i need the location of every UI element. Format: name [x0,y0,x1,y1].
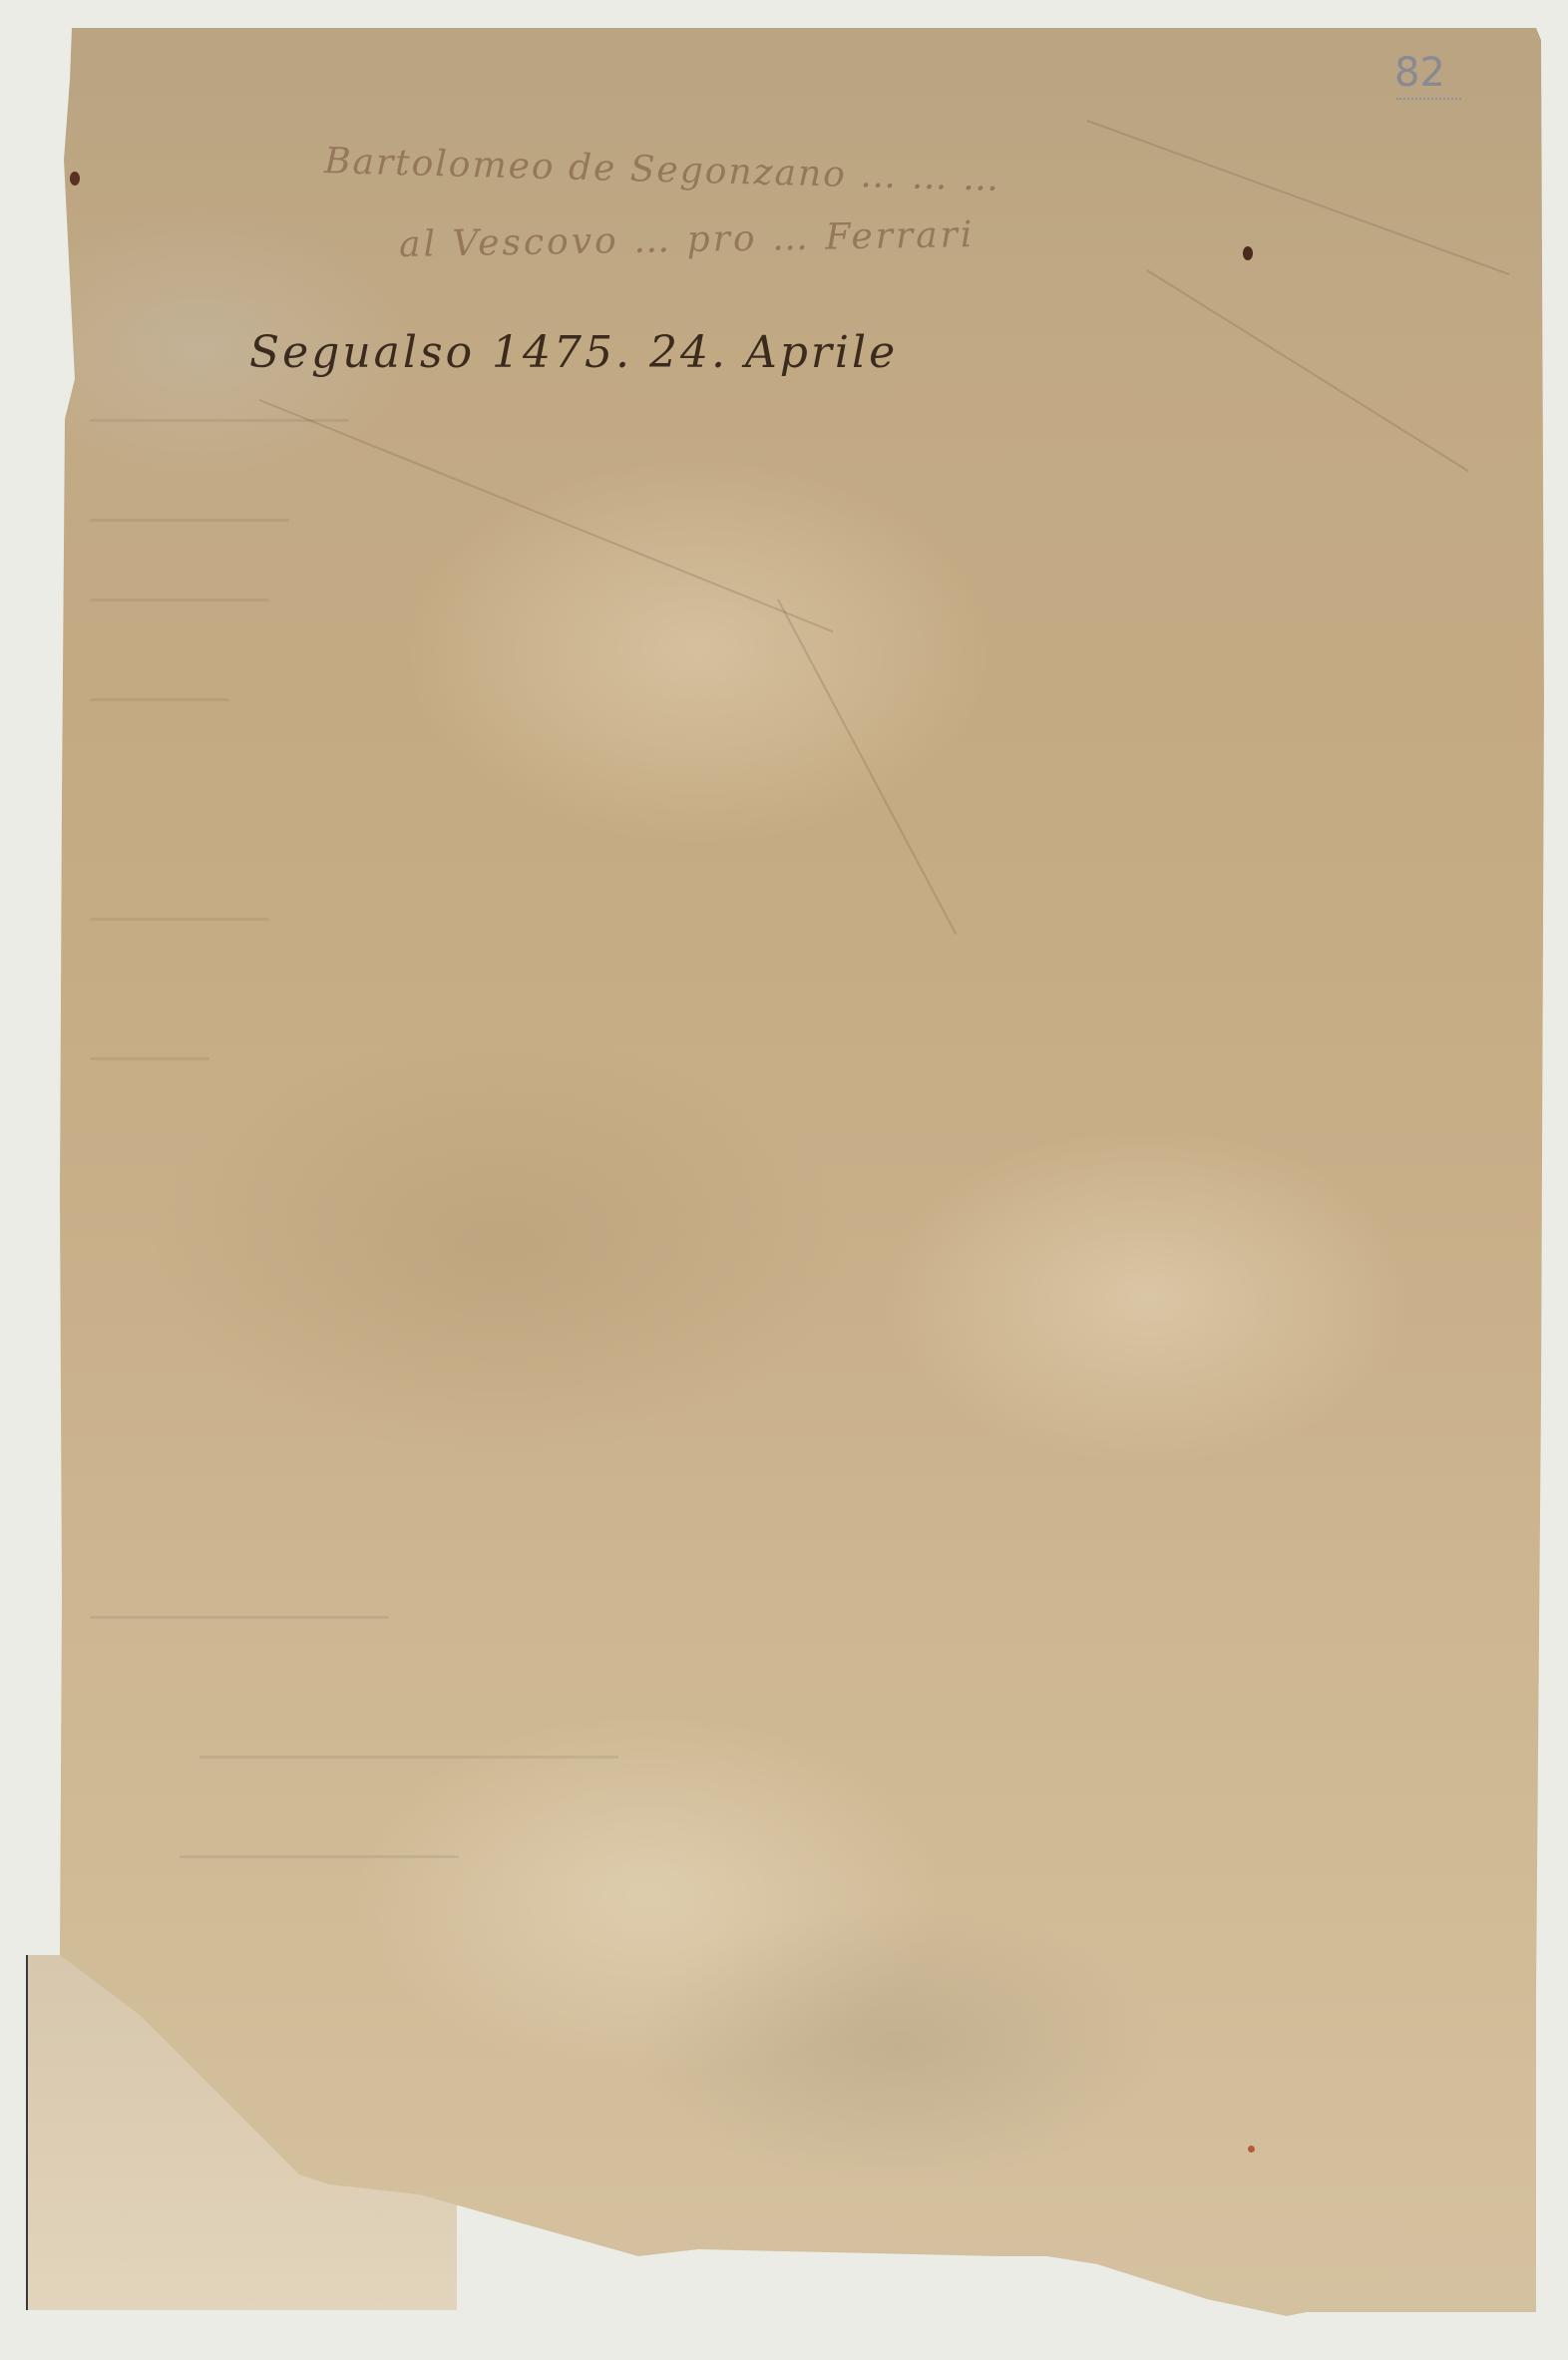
show-through-text [90,419,349,422]
fold-crease [1146,269,1468,472]
endorsement-line-1: Bartolomeo de Segonzano … … … [324,141,1001,199]
ink-blot [1243,246,1253,260]
shelf-mark-underline [1396,98,1461,100]
date-annotation: Segualso 1475. 24. Aprile [249,327,898,378]
archive-shelf-mark: 82 [1394,50,1445,96]
red-spot [1248,2146,1255,2153]
fold-crease [259,399,834,632]
show-through-text [90,519,289,522]
show-through-text [90,1057,209,1060]
show-through-text [90,698,229,701]
fold-crease [1087,120,1510,275]
show-through-text [90,918,269,921]
endorsement-line-2: al Vescovo … pro … Ferrari [399,214,976,265]
show-through-text [90,1616,389,1619]
ink-blot [70,172,80,186]
parchment-surface: Bartolomeo de Segonzano … … … al Vescovo… [0,0,1568,2360]
scanned-document: Bartolomeo de Segonzano … … … al Vescovo… [0,0,1568,2360]
parchment-sheet: Bartolomeo de Segonzano … … … al Vescovo… [0,0,1568,2360]
show-through-text [180,1855,459,1858]
show-through-text [90,598,269,601]
show-through-text [199,1756,618,1759]
fold-crease [777,599,957,935]
